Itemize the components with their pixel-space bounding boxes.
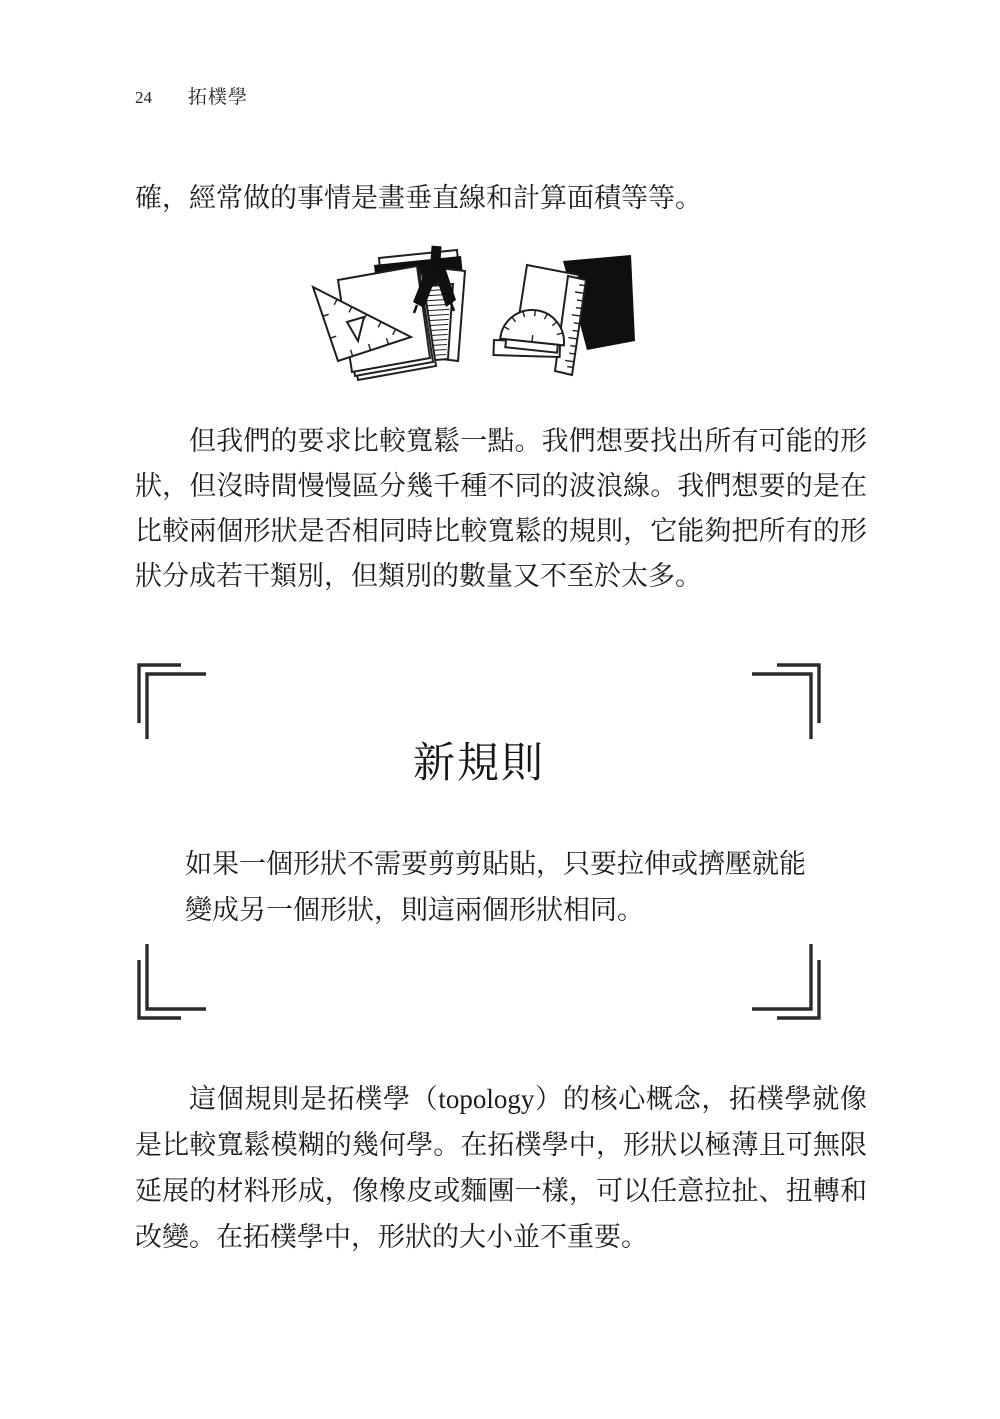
- rule-box: 新規則 如果一個形狀不需要剪剪貼貼，只要拉伸或擠壓就能變成另一個形狀，則這兩個形…: [135, 661, 823, 1022]
- frame-corner-top-right-icon: [749, 661, 823, 741]
- frame-corner-bottom-right-icon: [749, 942, 823, 1022]
- book-page: 24 拓樸學 確，經常做的事情是畫垂直線和計算面積等等。: [0, 0, 1000, 1419]
- frame-corner-bottom-left-icon: [135, 942, 209, 1022]
- main-paragraph: 但我們的要求比較寬鬆一點。我們想要找出所有可能的形狀，但沒時間慢慢區分幾千種不同…: [135, 419, 867, 599]
- rule-text: 如果一個形狀不需要剪剪貼貼，只要拉伸或擠壓就能變成另一個形狀，則這兩個形狀相同。: [185, 841, 830, 933]
- closing-paragraph: 這個規則是拓樸學（topology）的核心概念，拓樸學就像是比較寬鬆模糊的幾何學…: [135, 1076, 867, 1260]
- intro-paragraph: 確，經常做的事情是畫垂直線和計算面積等等。: [135, 176, 867, 221]
- running-head: 24 拓樸學: [135, 82, 248, 109]
- drawing-tools-illustration: [280, 240, 680, 410]
- frame-corner-top-left-icon: [135, 661, 209, 741]
- rule-title: 新規則: [135, 738, 823, 790]
- book-title: 拓樸學: [188, 82, 248, 109]
- page-number: 24: [135, 88, 152, 108]
